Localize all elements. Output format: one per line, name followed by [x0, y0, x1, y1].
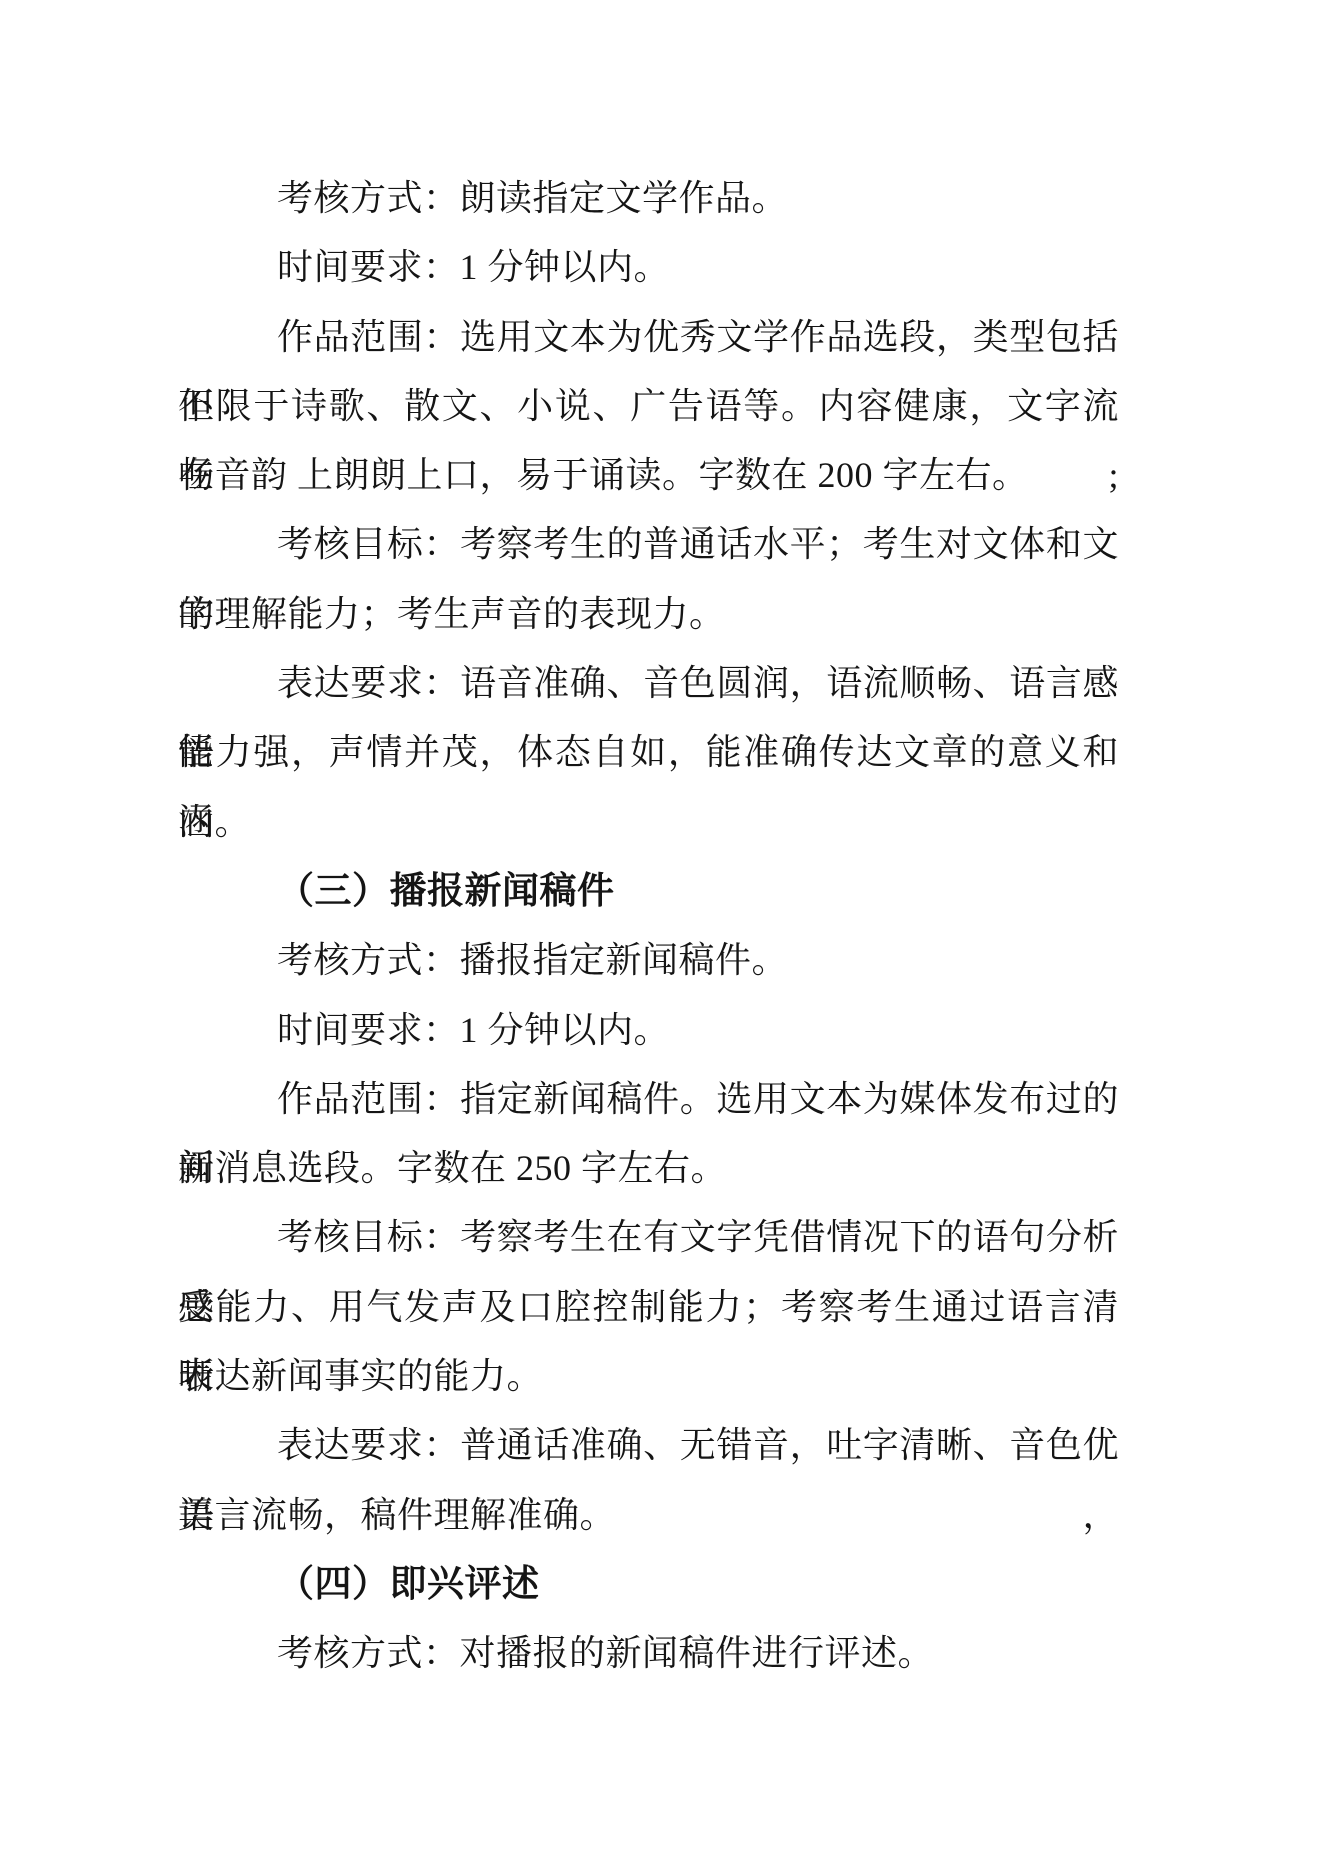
text-line: 考核目标：考察考生的普通话水平；考生对文体和文字 [178, 510, 1119, 579]
text-line: 表达要求：普通话准确、无错音，吐字清晰、音色优美， [178, 1411, 1119, 1480]
text-line: 的理解能力；考生声音的表现力。 [178, 580, 1119, 649]
text-line: 涵。 [178, 788, 1119, 857]
text-line: 考核方式：对播报的新闻稿件进行评述。 [178, 1619, 1119, 1688]
text-line: 考核方式：播报指定新闻稿件。 [178, 926, 1119, 995]
text-line: 表达新闻事实的能力。 [178, 1342, 1119, 1411]
document-page: 考核方式：朗读指定文学作品。 时间要求：1 分钟以内。 作品范围：选用文本为优秀… [0, 0, 1323, 1871]
text-line: 表达要求：语音准确、音色圆润，语流顺畅、语言感悟 [178, 649, 1119, 718]
text-line: 受能力、用气发声及口腔控制能力；考察考生通过语言清晰 [178, 1273, 1119, 1342]
text-line: 能力强，声情并茂，体态自如，能准确传达文章的意义和内 [178, 718, 1119, 787]
text-line: 作品范围：指定新闻稿件。选用文本为媒体发布过的新 [178, 1065, 1119, 1134]
section-heading: （四）即兴评述 [178, 1550, 1119, 1619]
document-text-block: 考核方式：朗读指定文学作品。 时间要求：1 分钟以内。 作品范围：选用文本为优秀… [178, 164, 1119, 1689]
text-line: 作品范围：选用文本为优秀文学作品选段，类型包括但 [178, 303, 1119, 372]
text-line: 在音韵 上朗朗上口，易于诵读。字数在 200 字左右。 [178, 441, 1119, 510]
text-line: 考核方式：朗读指定文学作品。 [178, 164, 1119, 233]
text-line: 时间要求：1 分钟以内。 [178, 233, 1119, 302]
text-line: 时间要求：1 分钟以内。 [178, 996, 1119, 1065]
section-heading: （三）播报新闻稿件 [178, 857, 1119, 926]
text-line: 不限于诗歌、散文、小说、广告语等。内容健康，文字流畅; [178, 372, 1119, 441]
text-line: 考核目标：考察考生在有文字凭借情况下的语句分析感 [178, 1203, 1119, 1272]
text-line: 闻消息选段。字数在 250 字左右。 [178, 1134, 1119, 1203]
